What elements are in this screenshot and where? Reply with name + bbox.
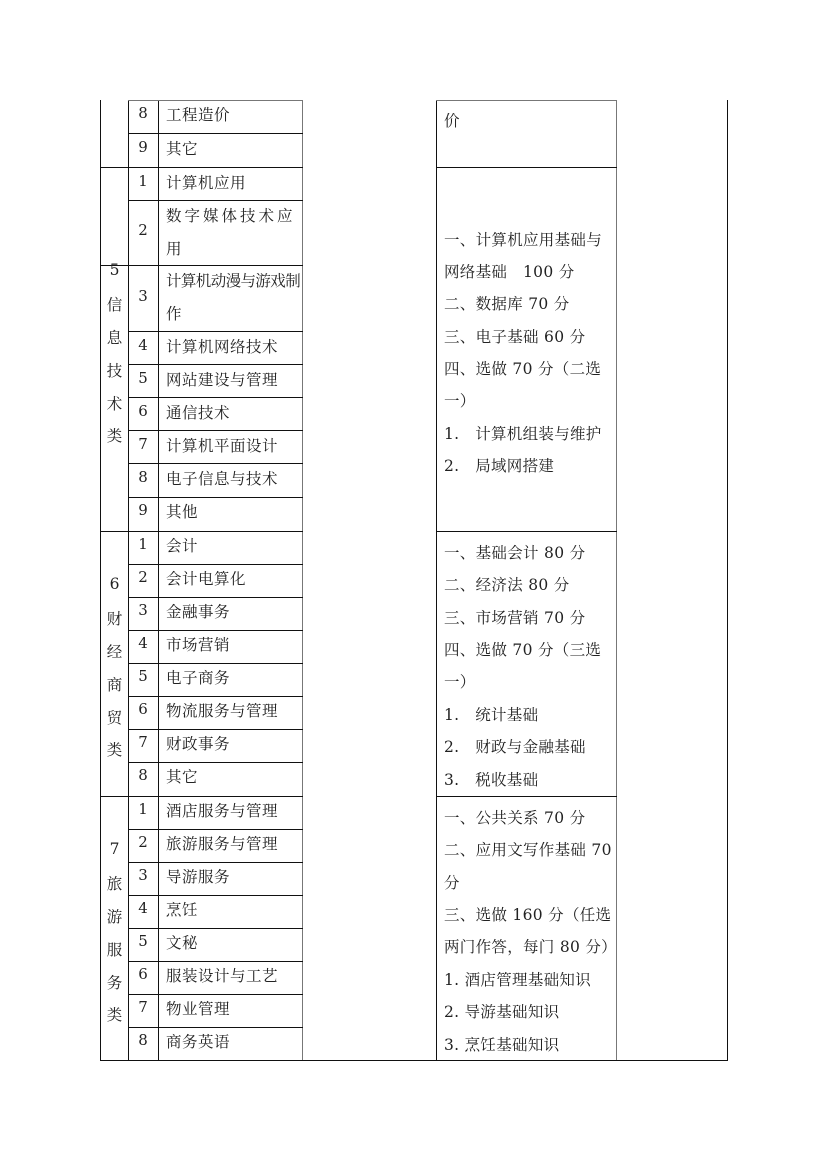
major-name: 旅游服务与管理	[166, 832, 278, 854]
subject-line: 一、计算机应用基础与	[444, 228, 602, 250]
major-number: 5	[128, 369, 158, 387]
major-number: 4	[128, 336, 158, 354]
major-number: 3	[128, 601, 158, 619]
row-line	[128, 994, 303, 995]
category-divider	[436, 167, 617, 168]
major-name: 财政事务	[166, 732, 230, 754]
major-number: 7	[128, 998, 158, 1016]
category-label-char: 息	[101, 326, 128, 348]
major-number: 8	[128, 1031, 158, 1049]
subject-line: 价	[444, 109, 460, 131]
row-line	[128, 430, 303, 431]
subject-line: 三、电子基础 60 分	[444, 325, 585, 347]
major-number: 1	[128, 800, 158, 818]
major-name: 电子商务	[166, 666, 230, 688]
major-number: 7	[128, 733, 158, 751]
major-name: 金融事务	[166, 600, 230, 622]
category-divider	[100, 796, 303, 797]
category-label-char: 术	[101, 392, 128, 414]
category-label-char: 7	[101, 840, 128, 858]
major-name: 其它	[166, 765, 198, 787]
major-name: 其他	[166, 500, 198, 522]
major-name: 物业管理	[166, 997, 230, 1019]
row-line	[128, 729, 303, 730]
row-line	[128, 564, 303, 565]
category-label-char: 贸	[101, 706, 128, 728]
subject-line: 四、选做 70 分（二选	[444, 357, 601, 379]
major-name: 市场营销	[166, 633, 230, 655]
major-name: 服装设计与工艺	[166, 964, 278, 986]
row-line	[128, 895, 303, 896]
major-name: 商务英语	[166, 1030, 230, 1052]
row-line	[128, 762, 303, 763]
category-label-char: 5	[101, 261, 128, 279]
major-name: 酒店服务与管理	[166, 799, 278, 821]
subject-line: 两门作答，每门 80 分）	[444, 935, 617, 957]
table-right-border	[727, 100, 728, 1061]
row-line	[128, 397, 303, 398]
major-number: 9	[128, 501, 158, 519]
row-line	[128, 862, 303, 863]
category-label-char: 类	[101, 424, 128, 446]
subject-line: 四、选做 70 分（三选	[444, 638, 601, 660]
row-line	[128, 200, 303, 201]
major-number: 5	[128, 932, 158, 950]
major-name: 工程造价	[166, 103, 230, 125]
row-line	[128, 663, 303, 664]
category-label-char: 务	[101, 971, 128, 993]
row-line	[128, 829, 303, 830]
major-name: 计算机动漫与游戏制	[166, 269, 300, 291]
row-line	[128, 630, 303, 631]
subject-line: 1. 酒店管理基础知识	[444, 968, 591, 990]
page: 8 工程造价 9 其它 价 5 信 息 技 术 类 1 计算机应用 2 数字媒体…	[0, 0, 826, 1169]
row-line	[128, 597, 303, 598]
subject-line: 一、基础会计 80 分	[444, 541, 585, 563]
subject-line: 2. 局域网搭建	[444, 454, 554, 476]
major-number: 8	[128, 766, 158, 784]
col-divider-major	[302, 100, 303, 1061]
category-divider	[100, 167, 303, 168]
subject-line: 三、市场营销 70 分	[444, 606, 585, 628]
major-number: 3	[128, 287, 158, 305]
category-label-char: 商	[101, 673, 128, 695]
category-label-char: 游	[101, 905, 128, 927]
row-line	[100, 265, 303, 266]
major-name: 通信技术	[166, 401, 230, 423]
major-name: 电子信息与技术	[166, 467, 278, 489]
row-line	[436, 100, 617, 101]
category-divider	[436, 796, 617, 797]
subject-line: 1. 统计基础	[444, 703, 538, 725]
category-label-char: 6	[101, 575, 128, 593]
category-label-char: 信	[101, 293, 128, 315]
row-line	[128, 463, 303, 464]
major-number: 7	[128, 435, 158, 453]
subject-line: 三、选做 160 分（任选	[444, 903, 611, 925]
major-name: 文秘	[166, 931, 198, 953]
category-label-char: 类	[101, 738, 128, 760]
subject-line: 3. 税收基础	[444, 768, 538, 790]
subject-line: 二、应用文写作基础 70	[444, 838, 612, 860]
major-name: 网站建设与管理	[166, 368, 278, 390]
table-bottom-border	[100, 1060, 728, 1061]
major-number: 6	[128, 402, 158, 420]
major-number: 8	[128, 468, 158, 486]
row-line	[128, 133, 303, 134]
major-name: 会计电算化	[166, 567, 246, 589]
major-name: 物流服务与管理	[166, 699, 278, 721]
col-divider-number	[158, 100, 159, 1061]
subject-line: 二、经济法 80 分	[444, 573, 570, 595]
category-label-char: 服	[101, 938, 128, 960]
subject-line: 3. 烹饪基础知识	[444, 1033, 559, 1055]
row-line	[128, 1027, 303, 1028]
row-line	[128, 364, 303, 365]
category-label-char: 技	[101, 359, 128, 381]
major-number: 2	[128, 568, 158, 586]
category-label-char: 旅	[101, 872, 128, 894]
subject-line: 一）	[444, 389, 476, 411]
major-number: 5	[128, 667, 158, 685]
major-number: 4	[128, 899, 158, 917]
major-number: 6	[128, 700, 158, 718]
subject-line: 分	[444, 871, 460, 893]
category-label-char: 财	[101, 607, 128, 629]
row-line	[128, 100, 303, 101]
major-name: 用	[166, 237, 182, 259]
col-divider-subjects	[616, 100, 617, 1061]
category-label-char: 经	[101, 640, 128, 662]
subject-line: 一）	[444, 670, 476, 692]
subject-line: 二、数据库 70 分	[444, 292, 570, 314]
row-line	[128, 497, 303, 498]
major-name: 计算机网络技术	[166, 335, 278, 357]
major-name: 烹饪	[166, 898, 198, 920]
row-line	[128, 696, 303, 697]
major-number: 8	[128, 104, 158, 122]
subject-line: 2. 导游基础知识	[444, 1000, 559, 1022]
subject-line: 1. 计算机组装与维护	[444, 422, 602, 444]
major-name: 会计	[166, 534, 198, 556]
col-divider-blank	[436, 100, 437, 1061]
major-number: 2	[128, 833, 158, 851]
subject-line: 2. 财政与金融基础	[444, 735, 586, 757]
subject-line: 网络基础 100 分	[444, 260, 575, 282]
row-line	[128, 961, 303, 962]
major-number: 6	[128, 965, 158, 983]
major-number: 1	[128, 535, 158, 553]
major-number: 1	[128, 172, 158, 190]
major-name: 计算机应用	[166, 171, 246, 193]
major-number: 4	[128, 634, 158, 652]
row-line	[128, 331, 303, 332]
major-name: 导游服务	[166, 865, 230, 887]
subject-line: 一、公共关系 70 分	[444, 806, 585, 828]
category-divider	[100, 531, 303, 532]
row-line	[128, 928, 303, 929]
category-label-char: 类	[101, 1003, 128, 1025]
major-number: 2	[128, 221, 158, 239]
major-number: 9	[128, 138, 158, 156]
major-name: 作	[166, 302, 182, 324]
major-name: 数字媒体技术应	[166, 204, 296, 226]
major-number: 3	[128, 866, 158, 884]
major-name: 其它	[166, 137, 198, 159]
major-name: 计算机平面设计	[166, 434, 278, 456]
category-divider	[436, 531, 617, 532]
